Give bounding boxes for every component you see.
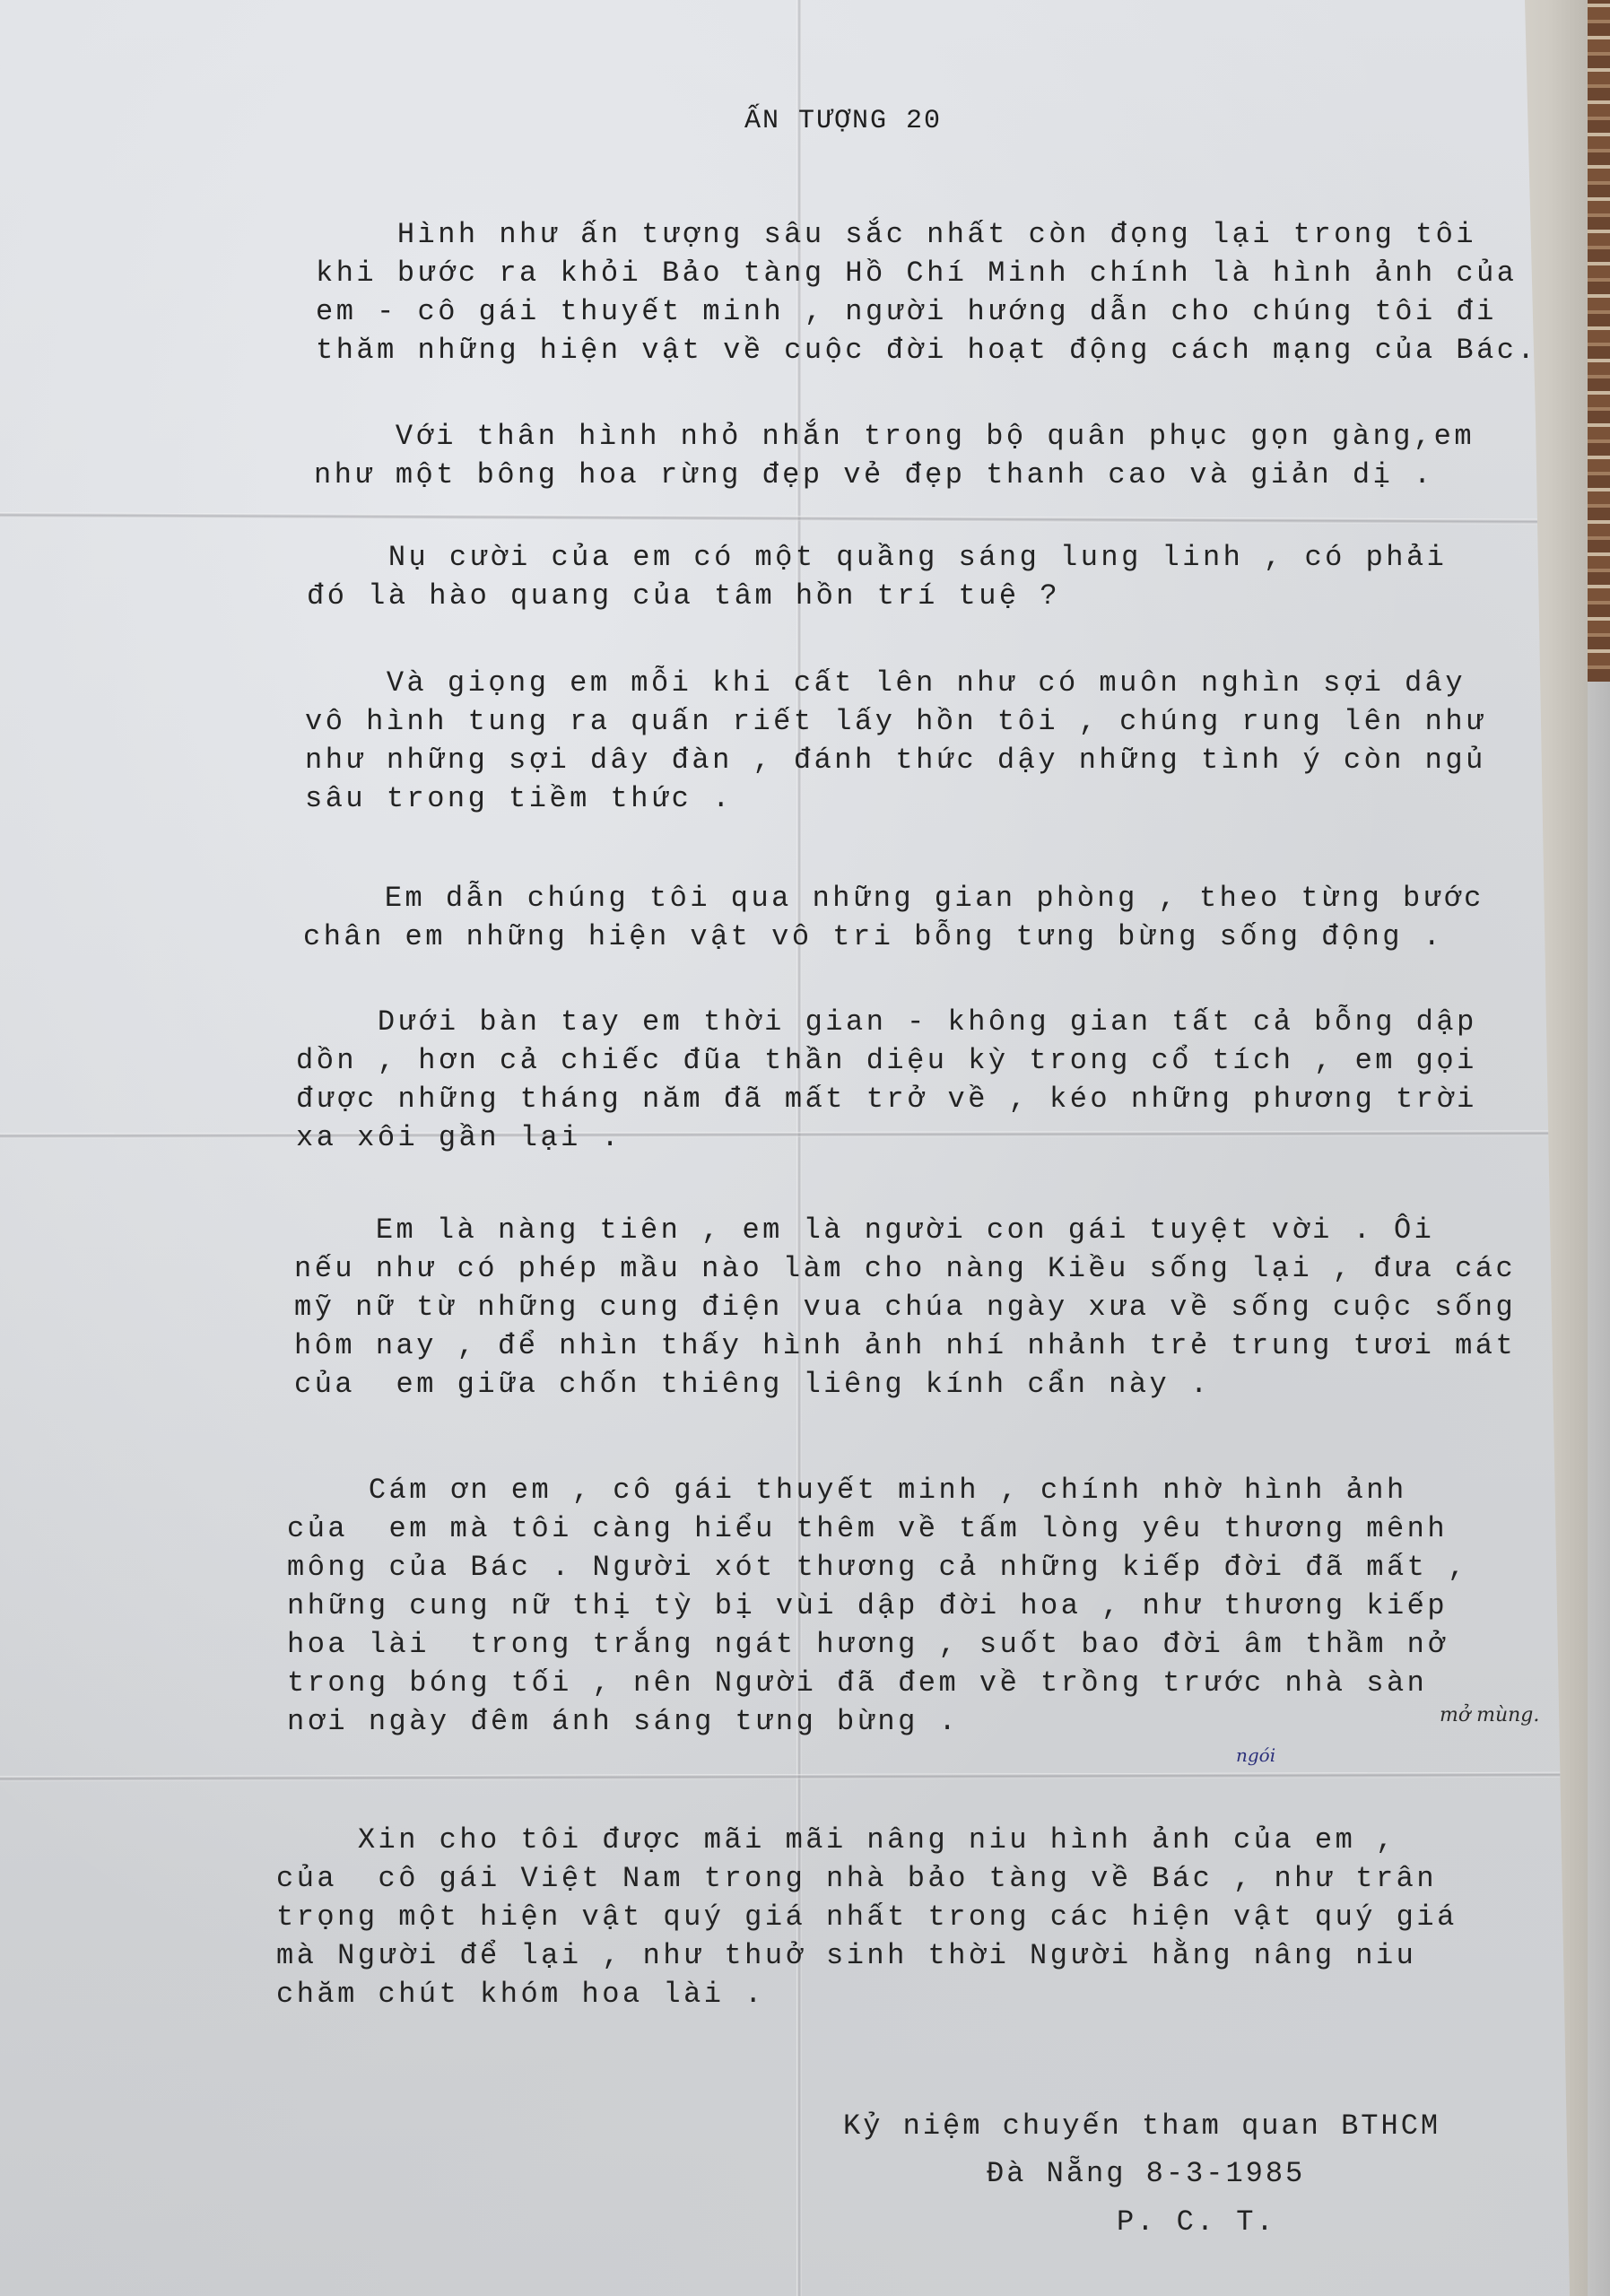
- paragraph: Dưới bàn tay em thời gian - không gian t…: [296, 1003, 1477, 1157]
- paragraph: Với thân hình nhỏ nhắn trong bộ quân phụ…: [314, 417, 1475, 494]
- typewritten-letter: ẤN TƯỢNG 20 Hình như ấn tượng sâu sắc nh…: [0, 0, 1579, 2296]
- paragraph: Cám ơn em , cô gái thuyết minh , chính n…: [287, 1471, 1468, 1741]
- paragraph: Xin cho tôi được mãi mãi nâng niu hình ả…: [276, 1821, 1458, 2013]
- handwritten-margin-note: mở mùng.: [1440, 1704, 1539, 1726]
- signature-initials: P. C. T.: [1117, 2199, 1276, 2246]
- paragraph: Em là nàng tiên , em là người con gái tu…: [294, 1211, 1516, 1404]
- paragraph: Và giọng em mỗi khi cất lên như có muôn …: [305, 664, 1486, 818]
- handwritten-insertion: ngói: [1236, 1744, 1275, 1766]
- paragraph: Hình như ấn tượng sâu sắc nhất còn đọng …: [316, 215, 1537, 370]
- paragraph: Em dẫn chúng tôi qua những gian phòng , …: [303, 879, 1484, 956]
- letter-title: ẤN TƯỢNG 20: [744, 106, 942, 136]
- paragraph: Nụ cười của em có một quầng sáng lung li…: [307, 538, 1447, 615]
- signature-place-date: Đà Nẵng 8-3-1985: [987, 2151, 1305, 2197]
- signature-caption: Kỷ niệm chuyến tham quan BTHCM: [843, 2103, 1440, 2150]
